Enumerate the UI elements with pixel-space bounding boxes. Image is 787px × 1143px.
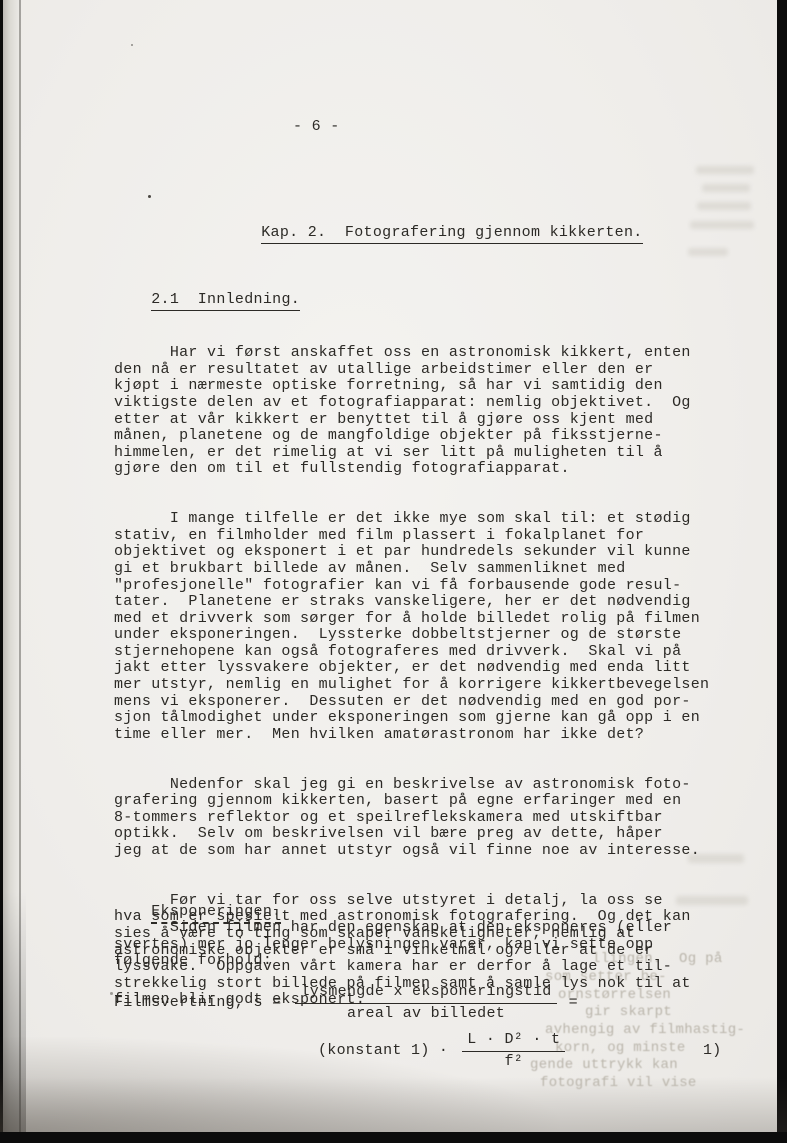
bleedthrough-smudge	[697, 202, 751, 210]
equation-number: 1)	[703, 1043, 722, 1060]
fraction-numerator-2: L · D² · t	[462, 1032, 565, 1052]
formula-equals-sign: =	[569, 995, 578, 1012]
section-heading-text: 2.1 Innledning.	[151, 291, 300, 311]
scan-right-border	[777, 0, 787, 1143]
paragraph-exposure: Siden filmen har den egenskap at den eks…	[114, 920, 762, 970]
bleedthrough-smudge	[696, 166, 754, 174]
page-number: - 6 -	[293, 119, 340, 136]
scan-bottom-border	[0, 1132, 787, 1143]
bleedthrough-text: korn, og minste	[555, 1040, 686, 1056]
scanned-document-page: llingen. Og på som setter be- ornstørrel…	[0, 0, 787, 1143]
scan-speck	[148, 195, 151, 198]
scan-speck	[131, 44, 133, 46]
bleedthrough-smudge	[702, 184, 750, 192]
fraction-numerator: lysmengde x eksponeringstid	[295, 984, 556, 1004]
chapter-heading-text: Kap. 2. Fotografering gjennom kikkerten.	[261, 224, 642, 244]
bleedthrough-text: fotografi vil vise	[540, 1075, 697, 1091]
bleedthrough-smudge	[688, 248, 728, 256]
paragraph-intro-2: I mange tilfelle er det ikke mye som ska…	[114, 511, 762, 743]
fraction-denominator: areal av billedet	[295, 1004, 556, 1023]
paragraph-description: Nedenfor skal jeg gi en beskrivelse av a…	[114, 777, 762, 860]
scan-speck	[110, 992, 113, 995]
fraction-denominator-2: f²	[462, 1052, 565, 1071]
formula-label: Filmsvertning, s =	[114, 995, 281, 1012]
bleedthrough-smudge	[690, 221, 754, 229]
formula-constant-prefix: (konstant 1) ·	[318, 1043, 448, 1060]
paragraph-intro-1: Har vi først anskaffet oss en astronomis…	[114, 345, 762, 478]
formula-constant-expression: (konstant 1) · L · D² · t f²	[318, 1032, 565, 1070]
formula-fraction: lysmengde x eksponeringstid areal av bil…	[295, 984, 556, 1022]
formula-fraction-2: L · D² · t f²	[462, 1032, 565, 1070]
film-blackening-formula: Filmsvertning, s = lysmengde x eksponeri…	[114, 984, 578, 1022]
chapter-heading: Kap. 2. Fotografering gjennom kikkerten.	[224, 208, 643, 258]
left-edge-shadow	[0, 0, 26, 1143]
